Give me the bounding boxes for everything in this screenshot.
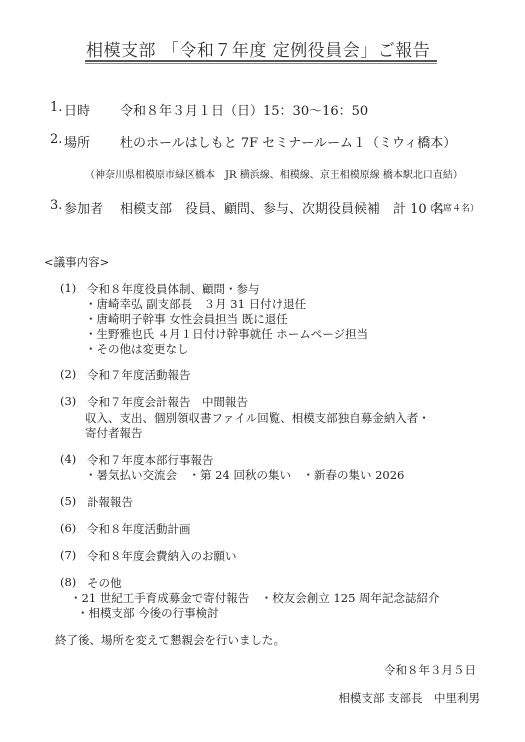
agenda-number: (6)	[60, 521, 76, 535]
agenda-title: 令和７年度活動報告	[87, 367, 191, 383]
agenda-detail: ・唐崎明子幹事 女性会員担当 既に退任	[85, 311, 288, 327]
info-label-place: 場所	[64, 132, 90, 151]
report-date: 令和８年３月５日	[384, 662, 476, 678]
agenda-title: 令和８年度活動計画	[87, 521, 191, 537]
info-number-1: 1.	[50, 100, 62, 115]
closing-text: 終了後、場所を変えて懇親会を行いました。	[55, 632, 285, 648]
info-label-date: 日時	[64, 100, 90, 119]
address-note: （神奈川県相模原市緑区橋本 JR 横浜線、相模線、京王相模原線 橋本駅北口直結）	[85, 166, 463, 181]
agenda-number: (7)	[60, 548, 76, 562]
agenda-title: 令和８年度役員体制、顧問・参与	[87, 281, 260, 297]
agenda-number: (2)	[60, 367, 76, 381]
agenda-title: 令和８年度会費納入のお願い	[87, 548, 237, 564]
agenda-title: 令和７年度会計報告 中間報告	[87, 394, 248, 410]
title-underline-thick	[85, 60, 437, 62]
signature: 相模支部 支部長 中里利男	[338, 690, 480, 706]
info-number-2: 2.	[50, 132, 62, 147]
absent-note: （欠席４名）	[425, 201, 479, 214]
agenda-detail: ・生野雅也氏 ４月１日付け幹事就任 ホームページ担当	[85, 326, 368, 342]
info-number-3: 3.	[50, 198, 62, 213]
info-value-date: 令和８年３月１日（日）15：30〜16：50	[120, 100, 368, 119]
info-label-attendees: 参加者	[64, 198, 103, 217]
title-underline-thin	[85, 63, 437, 64]
agenda-number: (5)	[60, 494, 76, 508]
info-value-attendees: 相模支部 役員、顧問、参与、次期役員候補 計 10 名	[120, 198, 444, 217]
agenda-number: (1)	[60, 281, 76, 295]
agenda-detail: 収入、支出、個別領収書ファイル回覧、相模支部独自募金納入者・	[85, 410, 430, 426]
agenda-number: (3)	[60, 394, 76, 408]
agenda-number: (4)	[60, 452, 76, 466]
agenda-title: その他	[87, 575, 122, 591]
agenda-title: 令和７年度本部行事報告	[87, 452, 214, 468]
agenda-detail: ・その他は変更なし	[85, 341, 189, 357]
agenda-number: (8)	[60, 575, 76, 589]
agenda-detail: ・21 世紀工手育成募金で寄付報告 ・校友会創立 125 周年記念誌紹介	[70, 590, 440, 606]
agenda-title: 訃報報告	[87, 494, 133, 510]
document-title: 相模支部 「令和７年度 定例役員会」ご報告	[86, 36, 430, 61]
agenda-detail: 寄付者報告	[85, 425, 143, 441]
agenda-detail: ・相模支部 今後の行事検討	[77, 605, 219, 621]
agenda-heading: <議事内容>	[44, 254, 109, 270]
agenda-detail: ・唐崎幸弘 副支部長 ３月 31 日付け退任	[85, 296, 306, 312]
agenda-detail: ・暑気払い交流会 ・第 24 回秋の集い ・新春の集い 2026	[85, 467, 404, 483]
info-value-place: 杜のホールはしもと 7F セミナールーム１（ミウィ橋本）	[120, 132, 456, 151]
